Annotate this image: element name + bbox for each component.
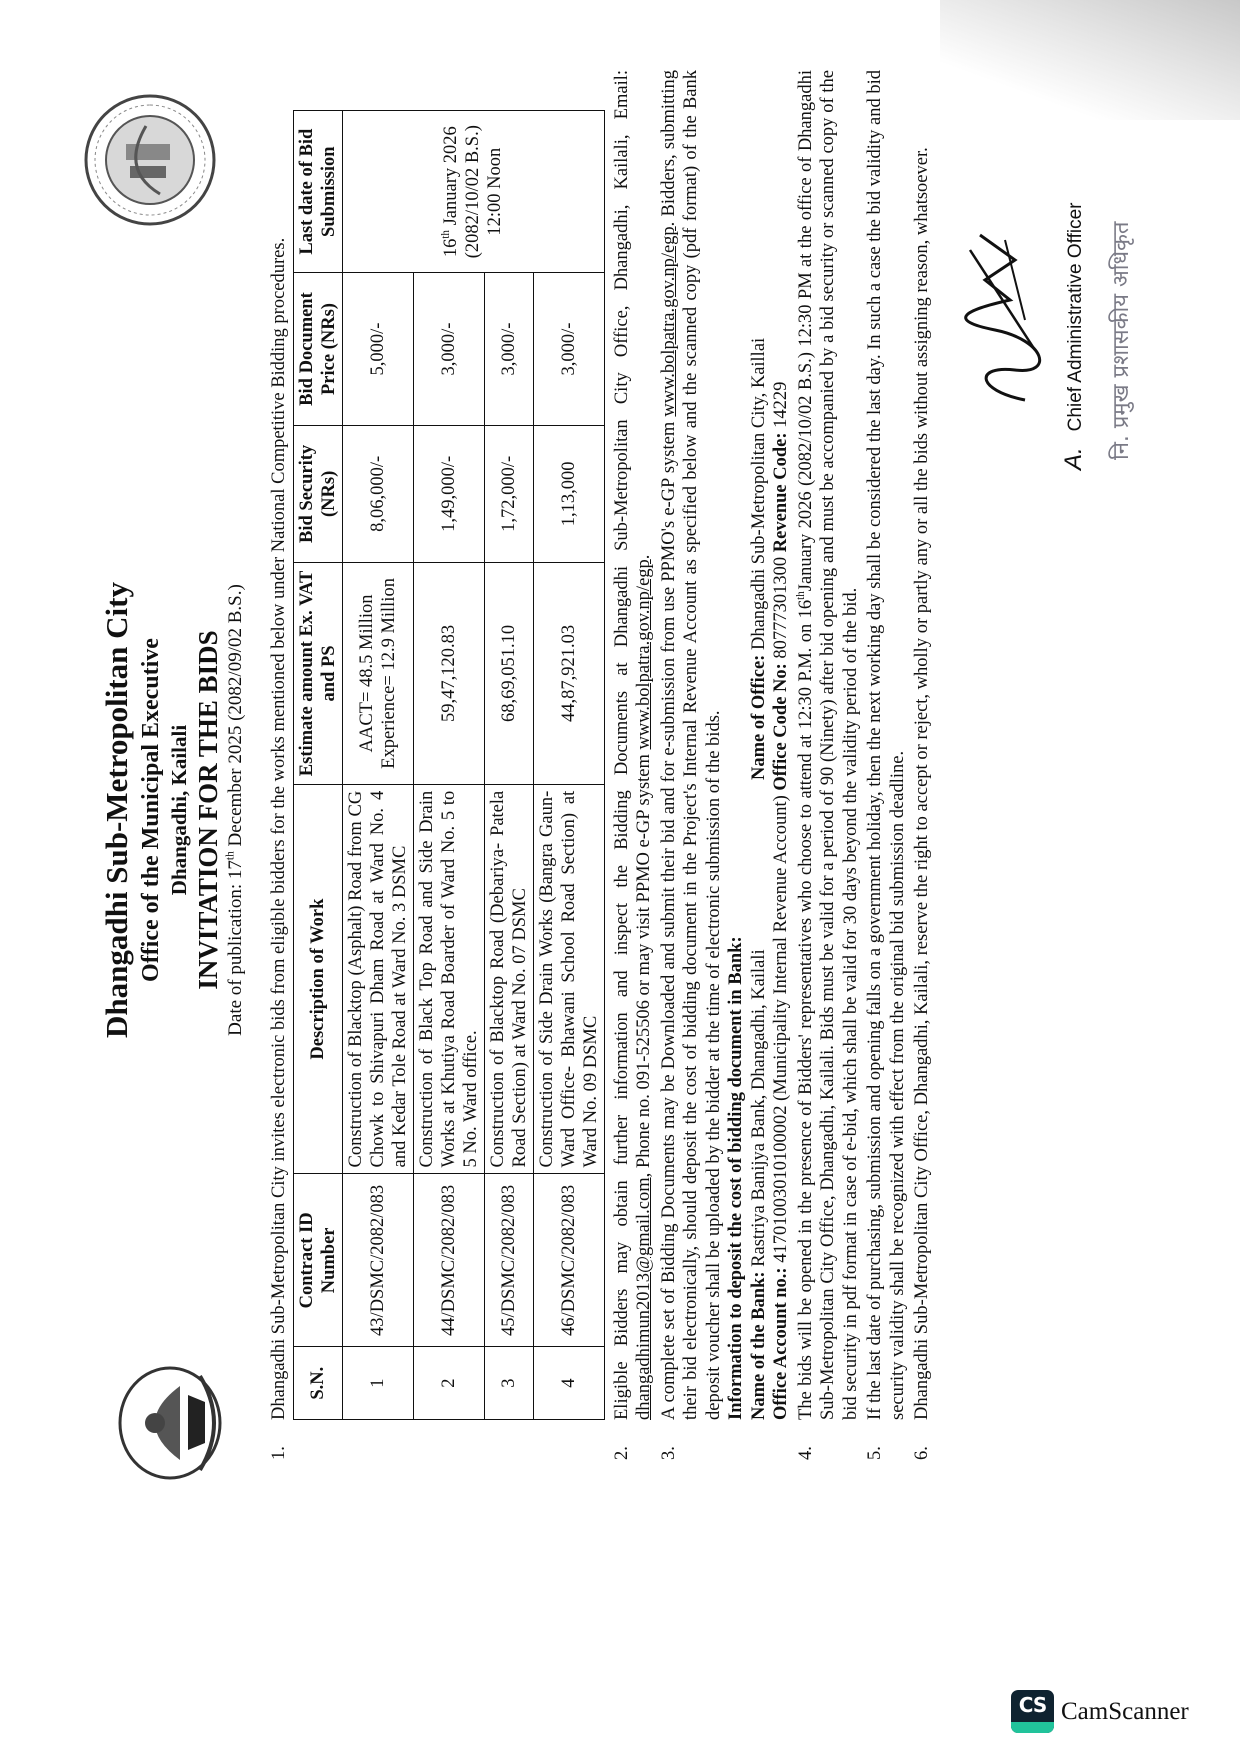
contact-email-link[interactable]: dhangadhimun2013@gmail.com	[634, 1177, 654, 1420]
office-location: Dhangadhi, Kailali	[166, 10, 192, 1610]
egp-portal-link[interactable]: www.bolpatra.gov.np/egp	[634, 559, 654, 749]
table-header-row: S.N. Contract ID Number Description of W…	[293, 111, 342, 1420]
section-1-intro: Dhangadhi Sub-Metropolitan City invites …	[268, 70, 291, 1420]
table-row: 1 43/DSMC/2082/083 Construction of Black…	[342, 111, 413, 1420]
camscanner-watermark: CS CamScanner	[1011, 1690, 1189, 1733]
account-line: Office Account no.: 41701003010100002 (M…	[770, 70, 793, 1420]
section-6: 6. Dhangadhi Sub-Metropolitan City Offic…	[911, 70, 934, 1460]
notice-title: INVITATION FOR THE BIDS	[192, 10, 224, 1610]
camscanner-logo-icon: CS	[1011, 1690, 1054, 1733]
table-row: 4 46/DSMC/2082/083 Construction of Side …	[533, 111, 604, 1420]
signature-icon	[955, 230, 1050, 410]
section-3: 3. A complete set of Bidding Documents m…	[658, 70, 793, 1460]
document-page: Dhangadhi Sub-Metropolitan City Office o…	[70, 10, 1170, 1610]
section-4: 4. The bids will be opened in the presen…	[795, 70, 863, 1460]
submission-deadline: 16th January 2026 (2082/10/02 B.S.) 12:0…	[342, 111, 604, 273]
publication-date: Date of publication: 17th December 2025 …	[224, 10, 248, 1610]
section-2: 2. Eligible Bidders may obtain further i…	[611, 70, 656, 1460]
document-header: Dhangadhi Sub-Metropolitan City Office o…	[98, 10, 248, 1610]
table-row: 3 45/DSMC/2082/083 Construction of Black…	[484, 111, 533, 1420]
table-row: 2 44/DSMC/2082/083 Construction of Black…	[413, 111, 484, 1420]
city-title: Dhangadhi Sub-Metropolitan City	[98, 10, 136, 1610]
bank-office-line: Name of the Bank: Rastriya Banijya Bank,…	[748, 70, 771, 1420]
office-subtitle: Office of the Municipal Executive	[136, 10, 166, 1610]
section-5: 5. If the last date of purchasing, submi…	[864, 70, 909, 1460]
officer-title: A.Chief Administrative Officer	[1060, 203, 1088, 470]
bids-table: S.N. Contract ID Number Description of W…	[293, 110, 605, 1420]
egp-portal-link[interactable]: www.bolpatra.gov.np/egp	[659, 226, 679, 416]
section-1: 1. Dhangadhi Sub-Metropolitan City invit…	[268, 70, 609, 1460]
notice-body: 1. Dhangadhi Sub-Metropolitan City invit…	[268, 70, 936, 1460]
bank-info-title: Information to deposit the cost of biddi…	[726, 936, 746, 1420]
signature-block: A.Chief Administrative Officer नि. प्रमु…	[955, 90, 1155, 490]
nepali-stamp: नि. प्रमुख प्रशासकीय अधिकृत	[1105, 222, 1135, 460]
camscanner-name: CamScanner	[1061, 1698, 1189, 1726]
